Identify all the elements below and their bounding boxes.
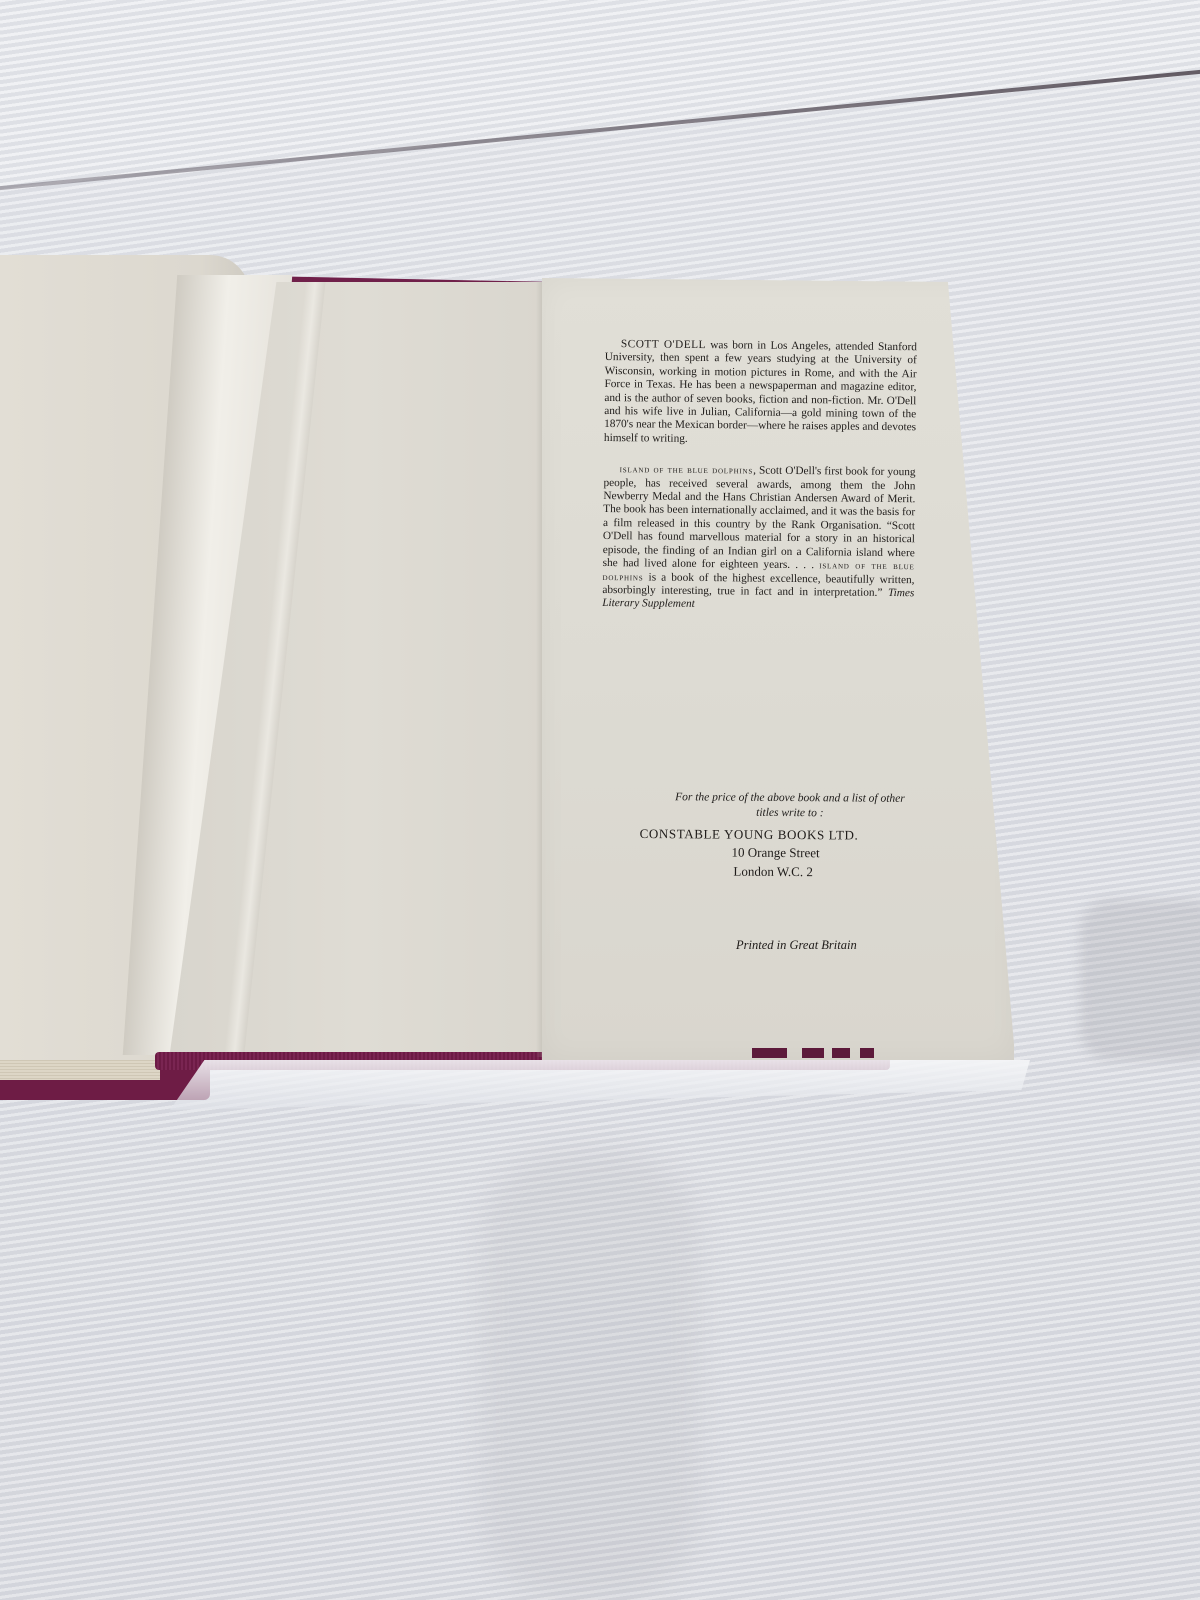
open-book: SCOTT O'DELL was born in Los Angeles, at… — [0, 0, 1200, 1600]
publisher-address-street: 10 Orange Street — [640, 842, 940, 863]
author-bio: SCOTT O'DELL was born in Los Angeles, at… — [604, 338, 917, 449]
order-note-line2: titles write to : — [640, 805, 940, 822]
jacket-edge-chips — [752, 1048, 882, 1058]
page-edges — [0, 1058, 160, 1080]
printed-in-note: Printed in Great Britain — [736, 938, 857, 953]
author-name: SCOTT O'DELL — [621, 338, 706, 351]
book-title: island of the blue dolphins — [620, 464, 754, 476]
order-info: For the price of the above book and a li… — [639, 790, 940, 882]
publisher-address-city: London W.C. 2 — [639, 861, 939, 882]
flap-text-block: SCOTT O'DELL was born in Los Angeles, at… — [602, 338, 917, 614]
order-note-line1: For the price of the above book and a li… — [640, 790, 940, 807]
book-blurb: island of the blue dolphins, Scott O'Del… — [602, 463, 916, 614]
publisher-name: CONSTABLE YOUNG BOOKS LTD. — [640, 826, 940, 844]
mylar-protector — [170, 1060, 1030, 1110]
